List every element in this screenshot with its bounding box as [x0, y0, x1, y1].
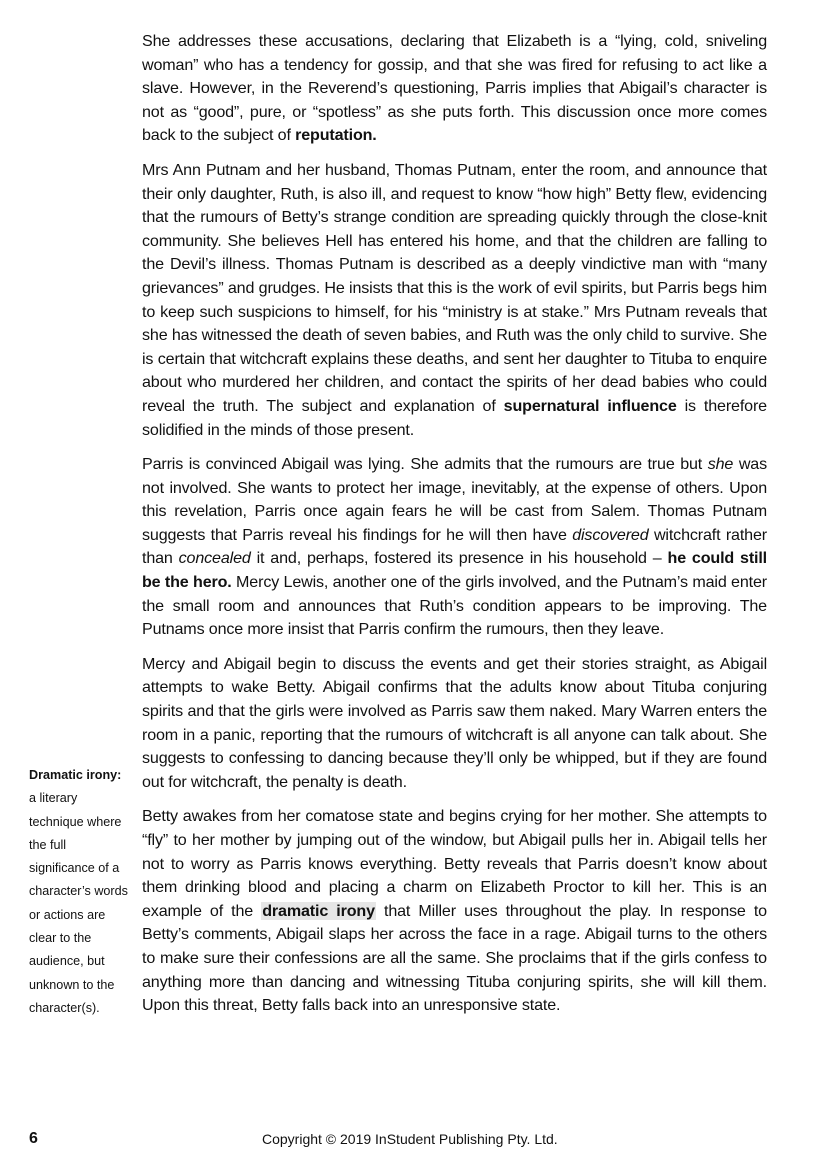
paragraph-text: Mercy Lewis, another one of the girls in… [142, 573, 767, 638]
paragraph-text: She addresses these accusations, declari… [142, 32, 767, 144]
paragraph-text: Mrs Ann Putnam and her husband, Thomas P… [142, 161, 767, 415]
body-paragraph: She addresses these accusations, declari… [142, 30, 767, 148]
paragraph-text: Parris is convinced Abigail was lying. S… [142, 455, 708, 473]
sidenote-definition-text: a literary technique where the full sign… [29, 791, 128, 1015]
body-paragraph: Mrs Ann Putnam and her husband, Thomas P… [142, 159, 767, 442]
page-number: 6 [29, 1130, 38, 1148]
emphasis-text: discovered [572, 526, 648, 544]
sidenote-term: Dramatic irony: [29, 768, 121, 782]
body-paragraph: Parris is convinced Abigail was lying. S… [142, 453, 767, 642]
paragraph-text: it and, perhaps, fostered its presence i… [251, 549, 668, 567]
body-paragraph: Betty awakes from her comatose state and… [142, 805, 767, 1017]
sidenote-definition: Dramatic irony: a literary technique whe… [29, 764, 129, 1020]
highlighted-key-term: dramatic irony [261, 902, 376, 920]
emphasis-text: concealed [179, 549, 251, 567]
copyright-notice: Copyright © 2019 InStudent Publishing Pt… [262, 1131, 558, 1147]
bold-key-term: reputation. [295, 126, 377, 144]
paragraph-text: Mercy and Abigail begin to discuss the e… [142, 655, 767, 791]
emphasis-text: she [708, 455, 734, 473]
body-paragraph: Mercy and Abigail begin to discuss the e… [142, 653, 767, 795]
bold-key-term: supernatural influence [504, 397, 677, 415]
main-text-column: She addresses these accusations, declari… [142, 30, 767, 1029]
